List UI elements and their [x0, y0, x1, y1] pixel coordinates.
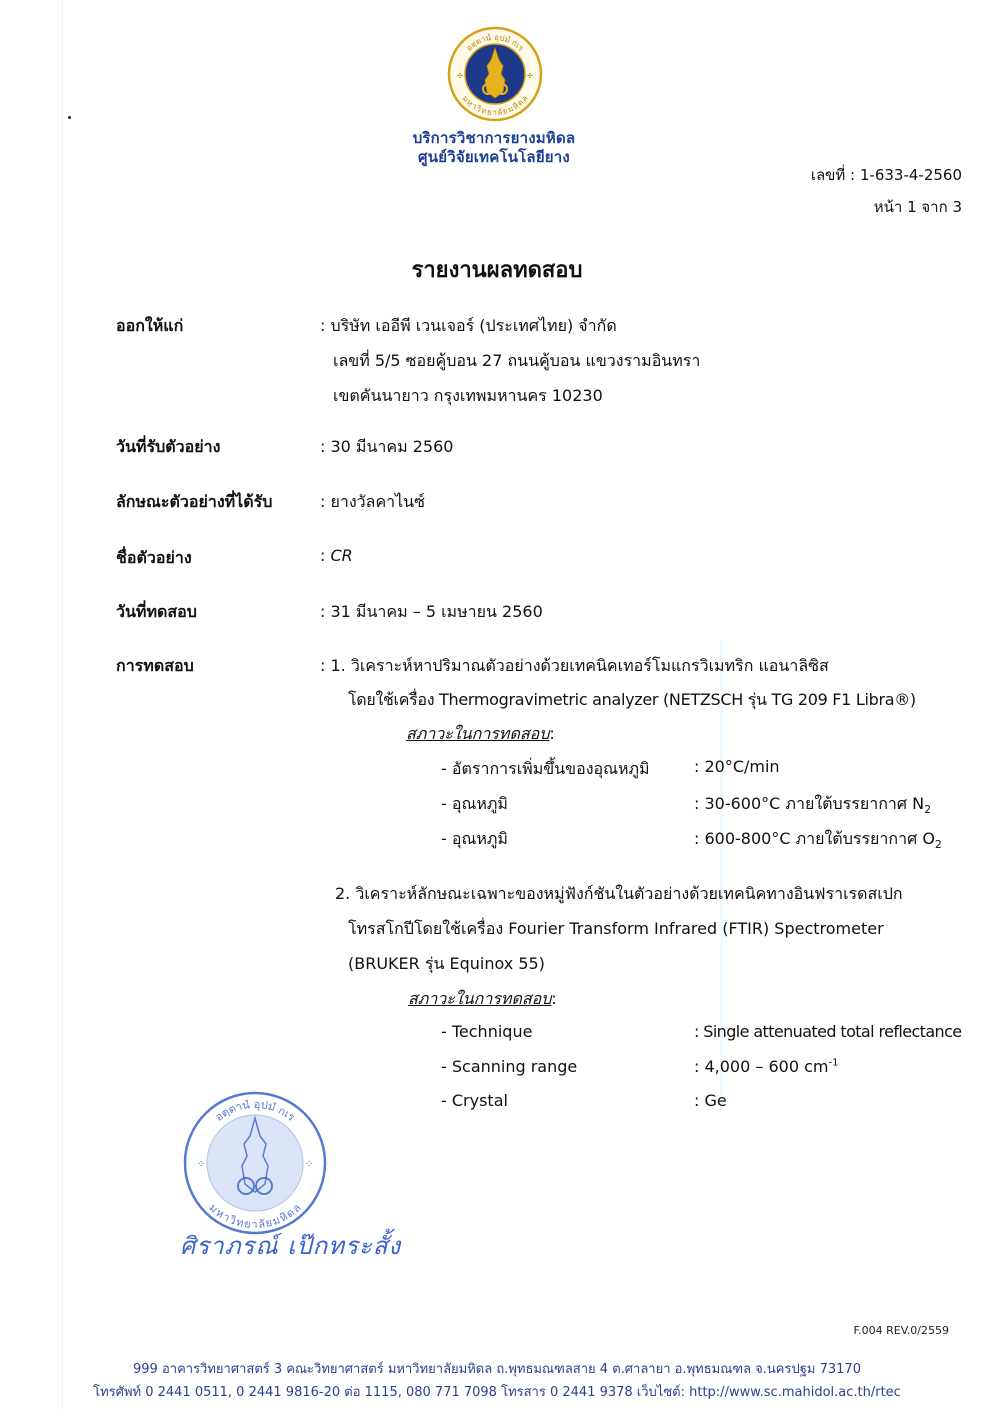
- subscript: 2: [935, 838, 942, 851]
- test2-condition-value: : 4,000 – 600 cm-1: [694, 1057, 838, 1076]
- condition-text: : 600-800°C ภายใต้บรรยากาศ O: [694, 829, 935, 848]
- test-date-label: วันที่ทดสอบ: [116, 600, 197, 625]
- test2-model: (BRUKER รุ่น Equinox 55): [348, 952, 545, 977]
- issued-to-address-line1: เลขที่ 5/5 ซอยคู้บอน 27 ถนนคู้บอน แขวงรา…: [333, 349, 700, 374]
- issued-to-label: ออกให้แก่: [116, 314, 183, 339]
- scan-speck: [68, 116, 71, 119]
- test1-conditions-heading: สภาวะในการทดสอบ:: [406, 722, 555, 747]
- university-stamp-icon: ⁘ ⁘ อตฺตานํ อุปมํ กเร มหาวิทยาลัยมหิดล: [180, 1088, 330, 1238]
- form-code: F.004 REV.0/2559: [854, 1324, 949, 1337]
- page-indicator: หน้า 1 จาก 3: [874, 195, 962, 219]
- conditions-heading-colon: :: [549, 724, 554, 743]
- svg-text:✣: ✣: [527, 72, 533, 80]
- sample-type-value: : ยางวัลคาไนซ์: [320, 490, 425, 515]
- svg-text:⁘: ⁘: [197, 1159, 205, 1170]
- document-number: เลขที่ : 1-633-4-2560: [811, 163, 962, 187]
- test-date-value: : 31 มีนาคม – 5 เมษายน 2560: [320, 600, 543, 625]
- test1-title: : 1. วิเคราะห์หาปริมาณตัวอย่างด้วยเทคนิค…: [320, 654, 829, 679]
- test2-conditions-heading: สภาวะในการทดสอบ:: [408, 987, 557, 1012]
- issued-to-address-line2: เขตคันนายาว กรุงเทพมหานคร 10230: [333, 384, 603, 409]
- svg-text:⁘: ⁘: [305, 1159, 313, 1170]
- test1-condition-label: - อุณหภูมิ: [441, 827, 508, 852]
- received-date-value: : 30 มีนาคม 2560: [320, 435, 453, 460]
- condition-text: : 30-600°C ภายใต้บรรยากาศ N: [694, 794, 924, 813]
- test1-instrument: โดยใช้เครื่อง Thermogravimetric analyzer…: [348, 688, 916, 713]
- test2-condition-label: - Crystal: [441, 1091, 508, 1110]
- condition-text: : 4,000 – 600 cm: [694, 1057, 828, 1076]
- conditions-heading-text: สภาวะในการทดสอบ: [408, 989, 551, 1008]
- test1-condition-label: - อุณหภูมิ: [441, 792, 508, 817]
- test2-condition-value: : Single attenuated total reflectance: [694, 1022, 962, 1041]
- test1-condition-label: - อัตราการเพิ่มขึ้นของอุณหภูมิ: [441, 757, 650, 782]
- received-date-label: วันที่รับตัวอย่าง: [116, 435, 220, 460]
- test2-condition-value: : Ge: [694, 1091, 727, 1110]
- subscript: 2: [924, 803, 931, 816]
- signature: ศิราภรณ์ เป๊กทระสั้ง: [180, 1226, 401, 1265]
- page-edge: [62, 0, 63, 1410]
- test1-condition-value: : 20°C/min: [694, 757, 780, 776]
- svg-text:✣: ✣: [457, 72, 463, 80]
- conditions-heading-text: สภาวะในการทดสอบ: [406, 724, 549, 743]
- test1-condition-value: : 600-800°C ภายใต้บรรยากาศ O2: [694, 827, 942, 852]
- test2-title: 2. วิเคราะห์ลักษณะเฉพาะของหมู่ฟังก์ชันใน…: [335, 882, 903, 907]
- sample-name-prefix: :: [320, 546, 330, 565]
- test2-instrument: โทรสโกปีโดยใช้เครื่อง Fourier Transform …: [348, 917, 884, 942]
- conditions-heading-colon: :: [551, 989, 556, 1008]
- tests-label: การทดสอบ: [116, 654, 194, 679]
- issued-to-company: : บริษัท เออีพี เวนเจอร์ (ประเทศไทย) จำก…: [320, 314, 617, 339]
- university-seal-icon: ✣ ✣ อตฺตานํ อุปมํ กเร มหาวิทยาลัยมหิดล: [447, 26, 543, 122]
- footer-contact: โทรศัพท์ 0 2441 0511, 0 2441 9816-20 ต่อ…: [0, 1381, 994, 1402]
- sample-name-field: : CR: [320, 546, 353, 565]
- test1-condition-value: : 30-600°C ภายใต้บรรยากาศ N2: [694, 792, 931, 817]
- footer-address: 999 อาคารวิทยาศาสตร์ 3 คณะวิทยาศาสตร์ มห…: [0, 1358, 994, 1379]
- sample-name-value: CR: [330, 546, 352, 565]
- sample-type-label: ลักษณะตัวอย่างที่ได้รับ: [116, 490, 272, 515]
- test2-condition-label: - Technique: [441, 1022, 532, 1041]
- report-title: รายงานผลทดสอบ: [0, 252, 994, 287]
- sample-name-label: ชื่อตัวอย่าง: [116, 546, 192, 571]
- test2-condition-label: - Scanning range: [441, 1057, 577, 1076]
- superscript: -1: [828, 1058, 838, 1069]
